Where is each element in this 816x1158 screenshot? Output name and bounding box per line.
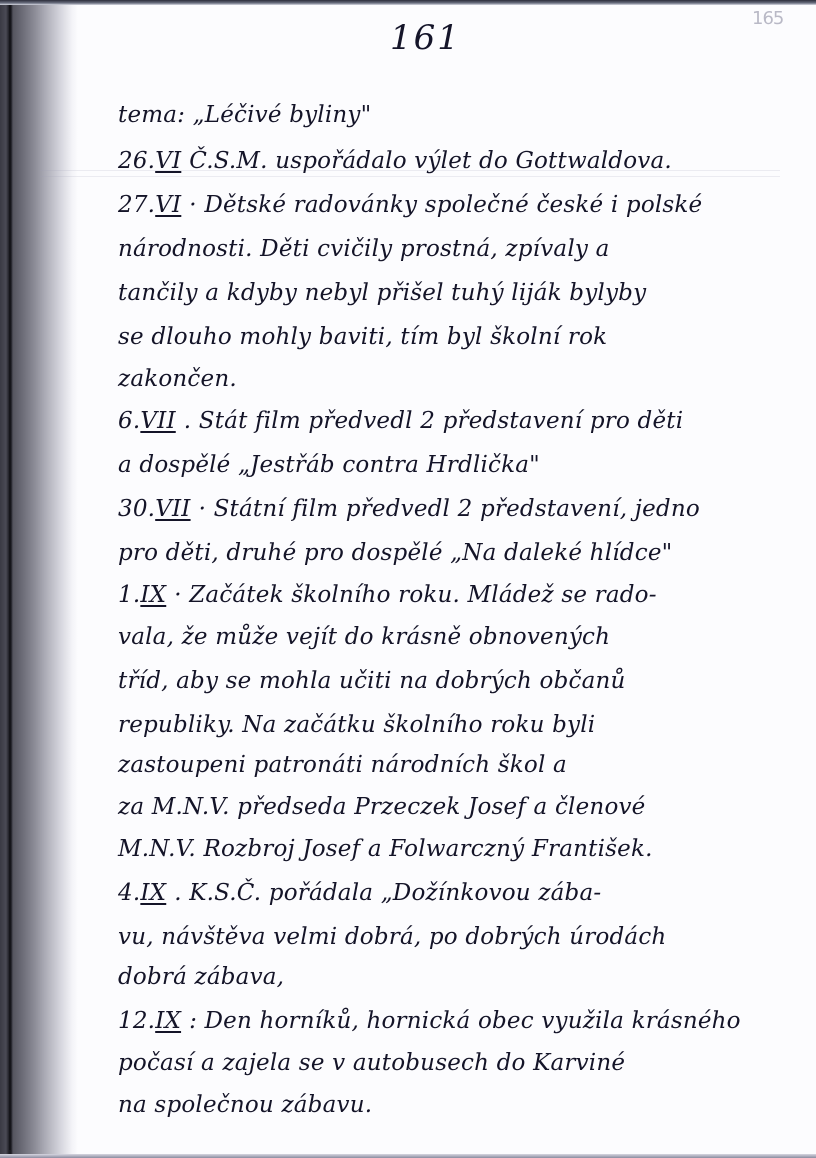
entry-text: se dlouho mohly baviti, tím byl školní r… (118, 324, 607, 350)
entry-date: 30.VII (118, 496, 191, 522)
page-number: 161 (390, 18, 461, 58)
entry-text: tančily a kdyby nebyl přišel tuhý liják … (118, 280, 646, 306)
entry-text: pro děti, druhé pro dospělé „Na daleké h… (118, 540, 672, 566)
entry-date-day: 26. (118, 148, 155, 174)
entry-text: vala, že může vejít do krásně obnovených (118, 624, 610, 650)
chronicle-text-line: zastoupeni patronáti národních škol a (118, 752, 567, 778)
scan-edge-top (0, 0, 816, 5)
chronicle-text-line: tříd, aby se mohla učiti na dobrých obča… (118, 668, 626, 694)
entry-date-month: VI (155, 192, 181, 218)
chronicle-text-line: dobrá zábava, (118, 964, 284, 990)
entry-date-day: 1. (118, 582, 140, 608)
entry-text: za M.N.V. předseda Przeczek Josef a člen… (118, 794, 646, 820)
entry-date: 6.VII (118, 408, 176, 434)
chronicle-entry-line: 26.VIČ.S.M. uspořádalo výlet do Gottwald… (118, 148, 672, 174)
entry-date-day: 6. (118, 408, 140, 434)
entry-text: zastoupeni patronáti národních škol a (118, 752, 567, 778)
entry-text: republiky. Na začátku školního roku byli (118, 712, 595, 738)
entry-text: a dospělé „Jestřáb contra Hrdlička" (118, 452, 540, 478)
chronicle-text-line: na společnou zábavu. (118, 1092, 372, 1118)
scan-edge-bottom (0, 1154, 816, 1158)
entry-date: 26.VI (118, 148, 181, 174)
chronicle-entry-line: 30.VII· Státní film předvedl 2 představe… (118, 496, 700, 522)
entry-text: národnosti. Děti cvičily prostná, zpíval… (118, 236, 610, 262)
archive-number: 165 (752, 8, 783, 29)
chronicle-text-line: vala, že může vejít do krásně obnovených (118, 624, 610, 650)
chronicle-text-line: národnosti. Děti cvičily prostná, zpíval… (118, 236, 610, 262)
entry-date: 1.IX (118, 582, 166, 608)
chronicle-text-line: republiky. Na začátku školního roku byli (118, 712, 595, 738)
entry-text: zakončen. (118, 366, 237, 392)
scanned-page: 161 165 tema: „Léčivé byliny"26.VIČ.S.M.… (0, 0, 816, 1158)
chronicle-text-line: tančily a kdyby nebyl přišel tuhý liják … (118, 280, 646, 306)
entry-date-day: 12. (118, 1008, 155, 1034)
entry-date-month: IX (140, 582, 166, 608)
entry-date-month: IX (155, 1008, 181, 1034)
entry-text: · Dětské radovánky společné české i pols… (189, 192, 702, 218)
entry-date: 27.VI (118, 192, 181, 218)
entry-date-month: VI (155, 148, 181, 174)
entry-text: · Začátek školního roku. Mládež se rado- (174, 582, 656, 608)
chronicle-text-line: zakončen. (118, 366, 237, 392)
entry-text: : Den horníků, hornická obec využila krá… (189, 1008, 741, 1034)
entry-text: vu, návštěva velmi dobrá, po dobrých úro… (118, 924, 666, 950)
binding-shadow (0, 0, 78, 1158)
entry-text: Č.S.M. uspořádalo výlet do Gottwaldova. (189, 148, 672, 174)
entry-text: tříd, aby se mohla učiti na dobrých obča… (118, 668, 626, 694)
chronicle-entry-line: 6.VII. Stát film předvedl 2 představení … (118, 408, 683, 434)
entry-text: . Stát film předvedl 2 představení pro d… (184, 408, 684, 434)
chronicle-entry-line: 27.VI· Dětské radovánky společné české i… (118, 192, 702, 218)
entry-date: 4.IX (118, 880, 166, 906)
entry-date-day: 30. (118, 496, 155, 522)
entry-text: na společnou zábavu. (118, 1092, 372, 1118)
entry-date-month: VII (155, 496, 190, 522)
binding-edge (9, 0, 11, 1150)
chronicle-text-line: počasí a zajela se v autobusech do Karvi… (118, 1050, 625, 1076)
entry-text: tema: „Léčivé byliny" (118, 102, 371, 128)
chronicle-text-line: vu, návštěva velmi dobrá, po dobrých úro… (118, 924, 666, 950)
entry-text: dobrá zábava, (118, 964, 284, 990)
entry-date-day: 4. (118, 880, 140, 906)
entry-date-day: 27. (118, 192, 155, 218)
chronicle-entry-line: 1.IX· Začátek školního roku. Mládež se r… (118, 582, 657, 608)
entry-text: . K.S.Č. pořádala „Dožínkovou zába- (174, 880, 601, 906)
entry-date-month: VII (140, 408, 175, 434)
chronicle-text-line: se dlouho mohly baviti, tím byl školní r… (118, 324, 607, 350)
chronicle-entry-line: 4.IX. K.S.Č. pořádala „Dožínkovou zába- (118, 880, 601, 906)
entry-text: · Státní film předvedl 2 představení, je… (199, 496, 700, 522)
chronicle-entry-line: 12.IX: Den horníků, hornická obec využil… (118, 1008, 741, 1034)
chronicle-text-line: za M.N.V. předseda Przeczek Josef a člen… (118, 794, 646, 820)
entry-text: počasí a zajela se v autobusech do Karvi… (118, 1050, 625, 1076)
entry-date: 12.IX (118, 1008, 181, 1034)
chronicle-text-line: a dospělé „Jestřáb contra Hrdlička" (118, 452, 540, 478)
ruled-line (40, 176, 780, 177)
chronicle-text-line: tema: „Léčivé byliny" (118, 102, 371, 128)
chronicle-text-line: M.N.V. Rozbroj Josef a Folwarczný Franti… (118, 836, 653, 862)
entry-date-month: IX (140, 880, 166, 906)
chronicle-text-line: pro děti, druhé pro dospělé „Na daleké h… (118, 540, 672, 566)
entry-text: M.N.V. Rozbroj Josef a Folwarczný Franti… (118, 836, 653, 862)
